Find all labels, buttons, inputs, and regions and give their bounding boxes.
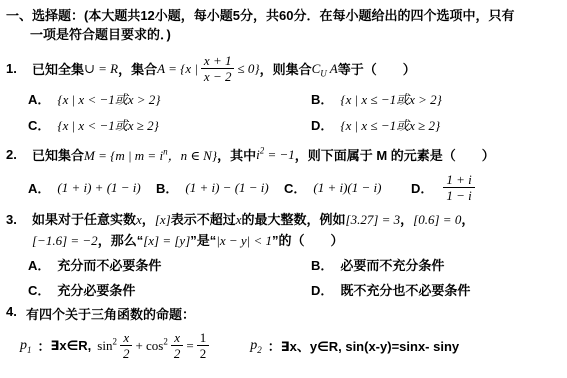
q2-i-squared: i2 = −1 (256, 147, 295, 163)
q1-complement-expression: CU A (312, 61, 338, 77)
q3-text-3: 表示不超过 (171, 209, 236, 230)
q2-option-b-label: B． (156, 178, 178, 197)
p1-subscript: 1 (27, 344, 32, 354)
q2-option-b-text: (1 + i) − (1 − i) (185, 180, 268, 196)
p1-cos-exponent: 2 (163, 336, 168, 346)
p1-frac3-num: 1 (197, 330, 210, 346)
q3-option-d-label: D． (311, 280, 333, 299)
question-1-number: 1. (6, 61, 32, 76)
q2-option-c: C． (1 + i)(1 − i) (284, 178, 411, 197)
q1-complement-c: C (312, 61, 321, 76)
question-4-number: 4. (6, 304, 26, 323)
question-2-options: A． (1 + i) + (1 − i) B． (1 + i) − (1 − i… (6, 172, 563, 203)
question-3-options: A． 充分而不必要条件 B． 必要而不充分条件 C． 充分必要条件 D． 既不充… (6, 255, 563, 299)
q3-option-b-text: 必要而不充分条件 (340, 255, 444, 274)
q2-option-d-numerator: 1 + i (443, 172, 474, 188)
q2-option-b: B． (1 + i) − (1 − i) (156, 178, 284, 197)
q2-option-d-fraction: 1 + i 1 − i (443, 172, 474, 203)
q2-set-def-left: M = {m | m = i (84, 148, 163, 163)
question-4-title: 有四个关于三角函数的命题： (26, 304, 195, 323)
q3-example-3: [−1.6] = −2 (32, 230, 98, 251)
p1-letter: p (20, 338, 27, 353)
q1-option-d-label: D． (311, 115, 333, 134)
q3-text-2: ， (142, 209, 155, 230)
q1-option-a-label: A． (28, 89, 50, 108)
q1-universe-set: ∪ = R (84, 61, 118, 77)
q1-option-d: D． {x | x ≤ −1或x ≥ 2} (311, 115, 563, 134)
p2-subscript: 2 (257, 344, 262, 354)
q2-set-def-right: ，n ∈ N} (168, 148, 218, 163)
question-4: 4. 有四个关于三角函数的命题： p1 ： ∃x∈R, sin2 x 2 + c… (6, 304, 563, 361)
q3-option-d: D． 既不充分也不必要条件 (311, 280, 563, 299)
q3-text-4: 的最大整数，例如 (242, 209, 346, 230)
q1-option-b: B． {x | x ≤ −1或x > 2} (311, 89, 563, 108)
q3-floor-x: [x] (155, 209, 171, 230)
p2-body: ∃x、y∈R, sin(x-y)=sinx- siny (281, 336, 459, 355)
p2-label: p2 (250, 338, 262, 354)
q2-option-d-label: D． (411, 178, 433, 197)
p1-frac1-den: 2 (120, 346, 133, 361)
exam-document: 一、选择题：(本大题共12小题，每小题5分，共60分．在每小题给出的四个选项中，… (0, 0, 567, 378)
p1-sin-text: sin (97, 338, 112, 353)
p1-colon: ： (38, 336, 51, 355)
q1-set-def-left: A = {x | (157, 61, 198, 77)
q3-text-8: ”是“ (190, 230, 216, 251)
q3-option-c-text: 充分必要条件 (57, 280, 135, 299)
q1-option-a-text: {x | x < −1或x > 2} (57, 89, 160, 108)
q2-option-d: D． 1 + i 1 − i (411, 172, 563, 203)
q3-example-2: [0.6] = 0 (413, 209, 461, 230)
question-3-stem-row: 3. 如果对于任意实数 x ， [x] 表示不超过 x 的最大整数，例如 [3.… (6, 209, 563, 251)
question-2-stem-row: 2. 已知集合 M = {m | m = in，n ∈ N} ，其中 i2 = … (6, 145, 563, 164)
q1-option-c-label: C． (28, 115, 50, 134)
question-2: 2. 已知集合 M = {m | m = in，n ∈ N} ，其中 i2 = … (6, 145, 563, 203)
question-1-options: A． {x | x < −1或x > 2} B． {x | x ≤ −1或x >… (6, 89, 563, 134)
q2-option-a-text: (1 + i) + (1 − i) (57, 180, 140, 196)
question-1: 1. 已知全集 ∪ = R ，集合 A = {x | x + 1 x − 2 ≤… (6, 53, 563, 134)
q2-text-2: ，其中 (217, 145, 256, 164)
question-2-stem: 已知集合 M = {m | m = in，n ∈ N} ，其中 i2 = −1 … (32, 145, 495, 164)
q1-text-3: ，则集合 (260, 59, 312, 78)
p1-label: p1 (20, 338, 32, 354)
q1-option-a: A． {x | x < −1或x > 2} (28, 89, 311, 108)
q3-option-b-label: B． (311, 255, 333, 274)
question-3-stem: 如果对于任意实数 x ， [x] 表示不超过 x 的最大整数，例如 [3.27]… (32, 209, 563, 251)
q2-text-3: ，则下面属于 M 的元素是（ ） (295, 145, 495, 164)
q1-text-4: 等于（ ） (338, 59, 416, 78)
q2-text-1: 已知集合 (32, 145, 84, 164)
proposition-p1: p1 ： ∃x∈R, sin2 x 2 + cos2 x 2 = 1 2 (20, 330, 212, 361)
q3-option-a: A． 充分而不必要条件 (28, 255, 311, 274)
p1-sin-exponent: 2 (112, 336, 117, 346)
q2-option-a-label: A． (28, 178, 50, 197)
p1-frac1-num: x (120, 330, 132, 346)
q3-floor-equality: [x] = [y] (143, 230, 190, 251)
q3-option-a-text: 充分而不必要条件 (57, 255, 161, 274)
p1-cos-text: + cos (135, 338, 163, 353)
p1-plus-cos: + cos2 (135, 338, 167, 354)
q1-text-1: 已知全集 (32, 59, 84, 78)
q3-option-a-label: A． (28, 255, 50, 274)
question-1-stem-row: 1. 已知全集 ∪ = R ，集合 A = {x | x + 1 x − 2 ≤… (6, 53, 563, 84)
q1-complement-a: A (330, 61, 338, 76)
question-2-number: 2. (6, 147, 32, 162)
p1-sin: sin2 (97, 338, 117, 354)
p1-fraction-3: 1 2 (197, 330, 210, 361)
p2-colon: ： (268, 336, 281, 355)
section-header-line1: 一、选择题：(本大题共12小题，每小题5分，共60分．在每小题给出的四个选项中，… (6, 6, 563, 25)
section-header: 一、选择题：(本大题共12小题，每小题5分，共60分．在每小题给出的四个选项中，… (6, 6, 563, 44)
q3-option-c: C． 充分必要条件 (28, 280, 311, 299)
q2-option-a: A． (1 + i) + (1 − i) (28, 178, 156, 197)
p1-frac3-den: 2 (197, 346, 210, 361)
q1-option-c: C． {x | x < −1或x ≥ 2} (28, 115, 311, 134)
proposition-p2: p2 ： ∃x、y∈R, sin(x-y)=sinx- siny (250, 336, 459, 355)
q2-equals-neg1: = −1 (264, 147, 295, 162)
question-3: 3. 如果对于任意实数 x ， [x] 表示不超过 x 的最大整数，例如 [3.… (6, 209, 563, 299)
section-header-line2: 一项是符合题目要求的．) (6, 25, 563, 44)
q3-text-1: 如果对于任意实数 (32, 209, 136, 230)
p1-fraction-1: x 2 (120, 330, 133, 361)
q3-option-b: B． 必要而不充分条件 (311, 255, 563, 274)
question-4-propositions: p1 ： ∃x∈R, sin2 x 2 + cos2 x 2 = 1 2 (6, 330, 563, 361)
q1-option-d-text: {x | x ≤ −1或x ≥ 2} (340, 115, 440, 134)
question-4-title-row: 4. 有四个关于三角函数的命题： (6, 304, 563, 323)
q3-option-c-label: C． (28, 280, 50, 299)
q3-text-9: ”的（ ） (272, 230, 344, 251)
p1-frac2-den: 2 (171, 346, 184, 361)
p1-frac2-num: x (171, 330, 183, 346)
q2-option-c-label: C． (284, 178, 306, 197)
q2-option-d-denominator: 1 − i (443, 188, 474, 203)
q1-fraction-denominator: x − 2 (201, 69, 235, 84)
q3-text-5: ， (400, 209, 413, 230)
q1-option-b-text: {x | x ≤ −1或x > 2} (340, 89, 441, 108)
question-1-stem: 已知全集 ∪ = R ，集合 A = {x | x + 1 x − 2 ≤ 0}… (32, 53, 416, 84)
q1-option-b-label: B． (311, 89, 333, 108)
q2-set-def: M = {m | m = in，n ∈ N} (84, 145, 217, 164)
q3-example-1: [3.27] = 3 (346, 209, 401, 230)
q3-stem-line2: [−1.6] = −2 ，那么“ [x] = [y] ”是“ |x − y| <… (32, 230, 344, 251)
question-3-number: 3. (6, 209, 32, 230)
q2-option-c-text: (1 + i)(1 − i) (313, 180, 381, 196)
q3-text-7: ，那么“ (98, 230, 144, 251)
q1-set-def-right: ≤ 0} (237, 61, 259, 77)
q1-text-2: ，集合 (118, 59, 157, 78)
p1-fraction-2: x 2 (171, 330, 184, 361)
q3-text-6: ， (461, 209, 474, 230)
q1-fraction: x + 1 x − 2 (201, 53, 235, 84)
q3-abs-inequality: |x − y| < 1 (216, 230, 272, 251)
q1-complement-sub-u: U (320, 68, 327, 78)
q1-fraction-numerator: x + 1 (201, 53, 235, 69)
q3-option-d-text: 既不充分也不必要条件 (340, 280, 470, 299)
p1-equals: = (186, 338, 193, 354)
p1-quantifier: ∃x∈R, (51, 338, 92, 354)
q3-stem-line1: 如果对于任意实数 x ， [x] 表示不超过 x 的最大整数，例如 [3.27]… (32, 209, 474, 230)
q1-option-c-text: {x | x < −1或x ≥ 2} (57, 115, 158, 134)
